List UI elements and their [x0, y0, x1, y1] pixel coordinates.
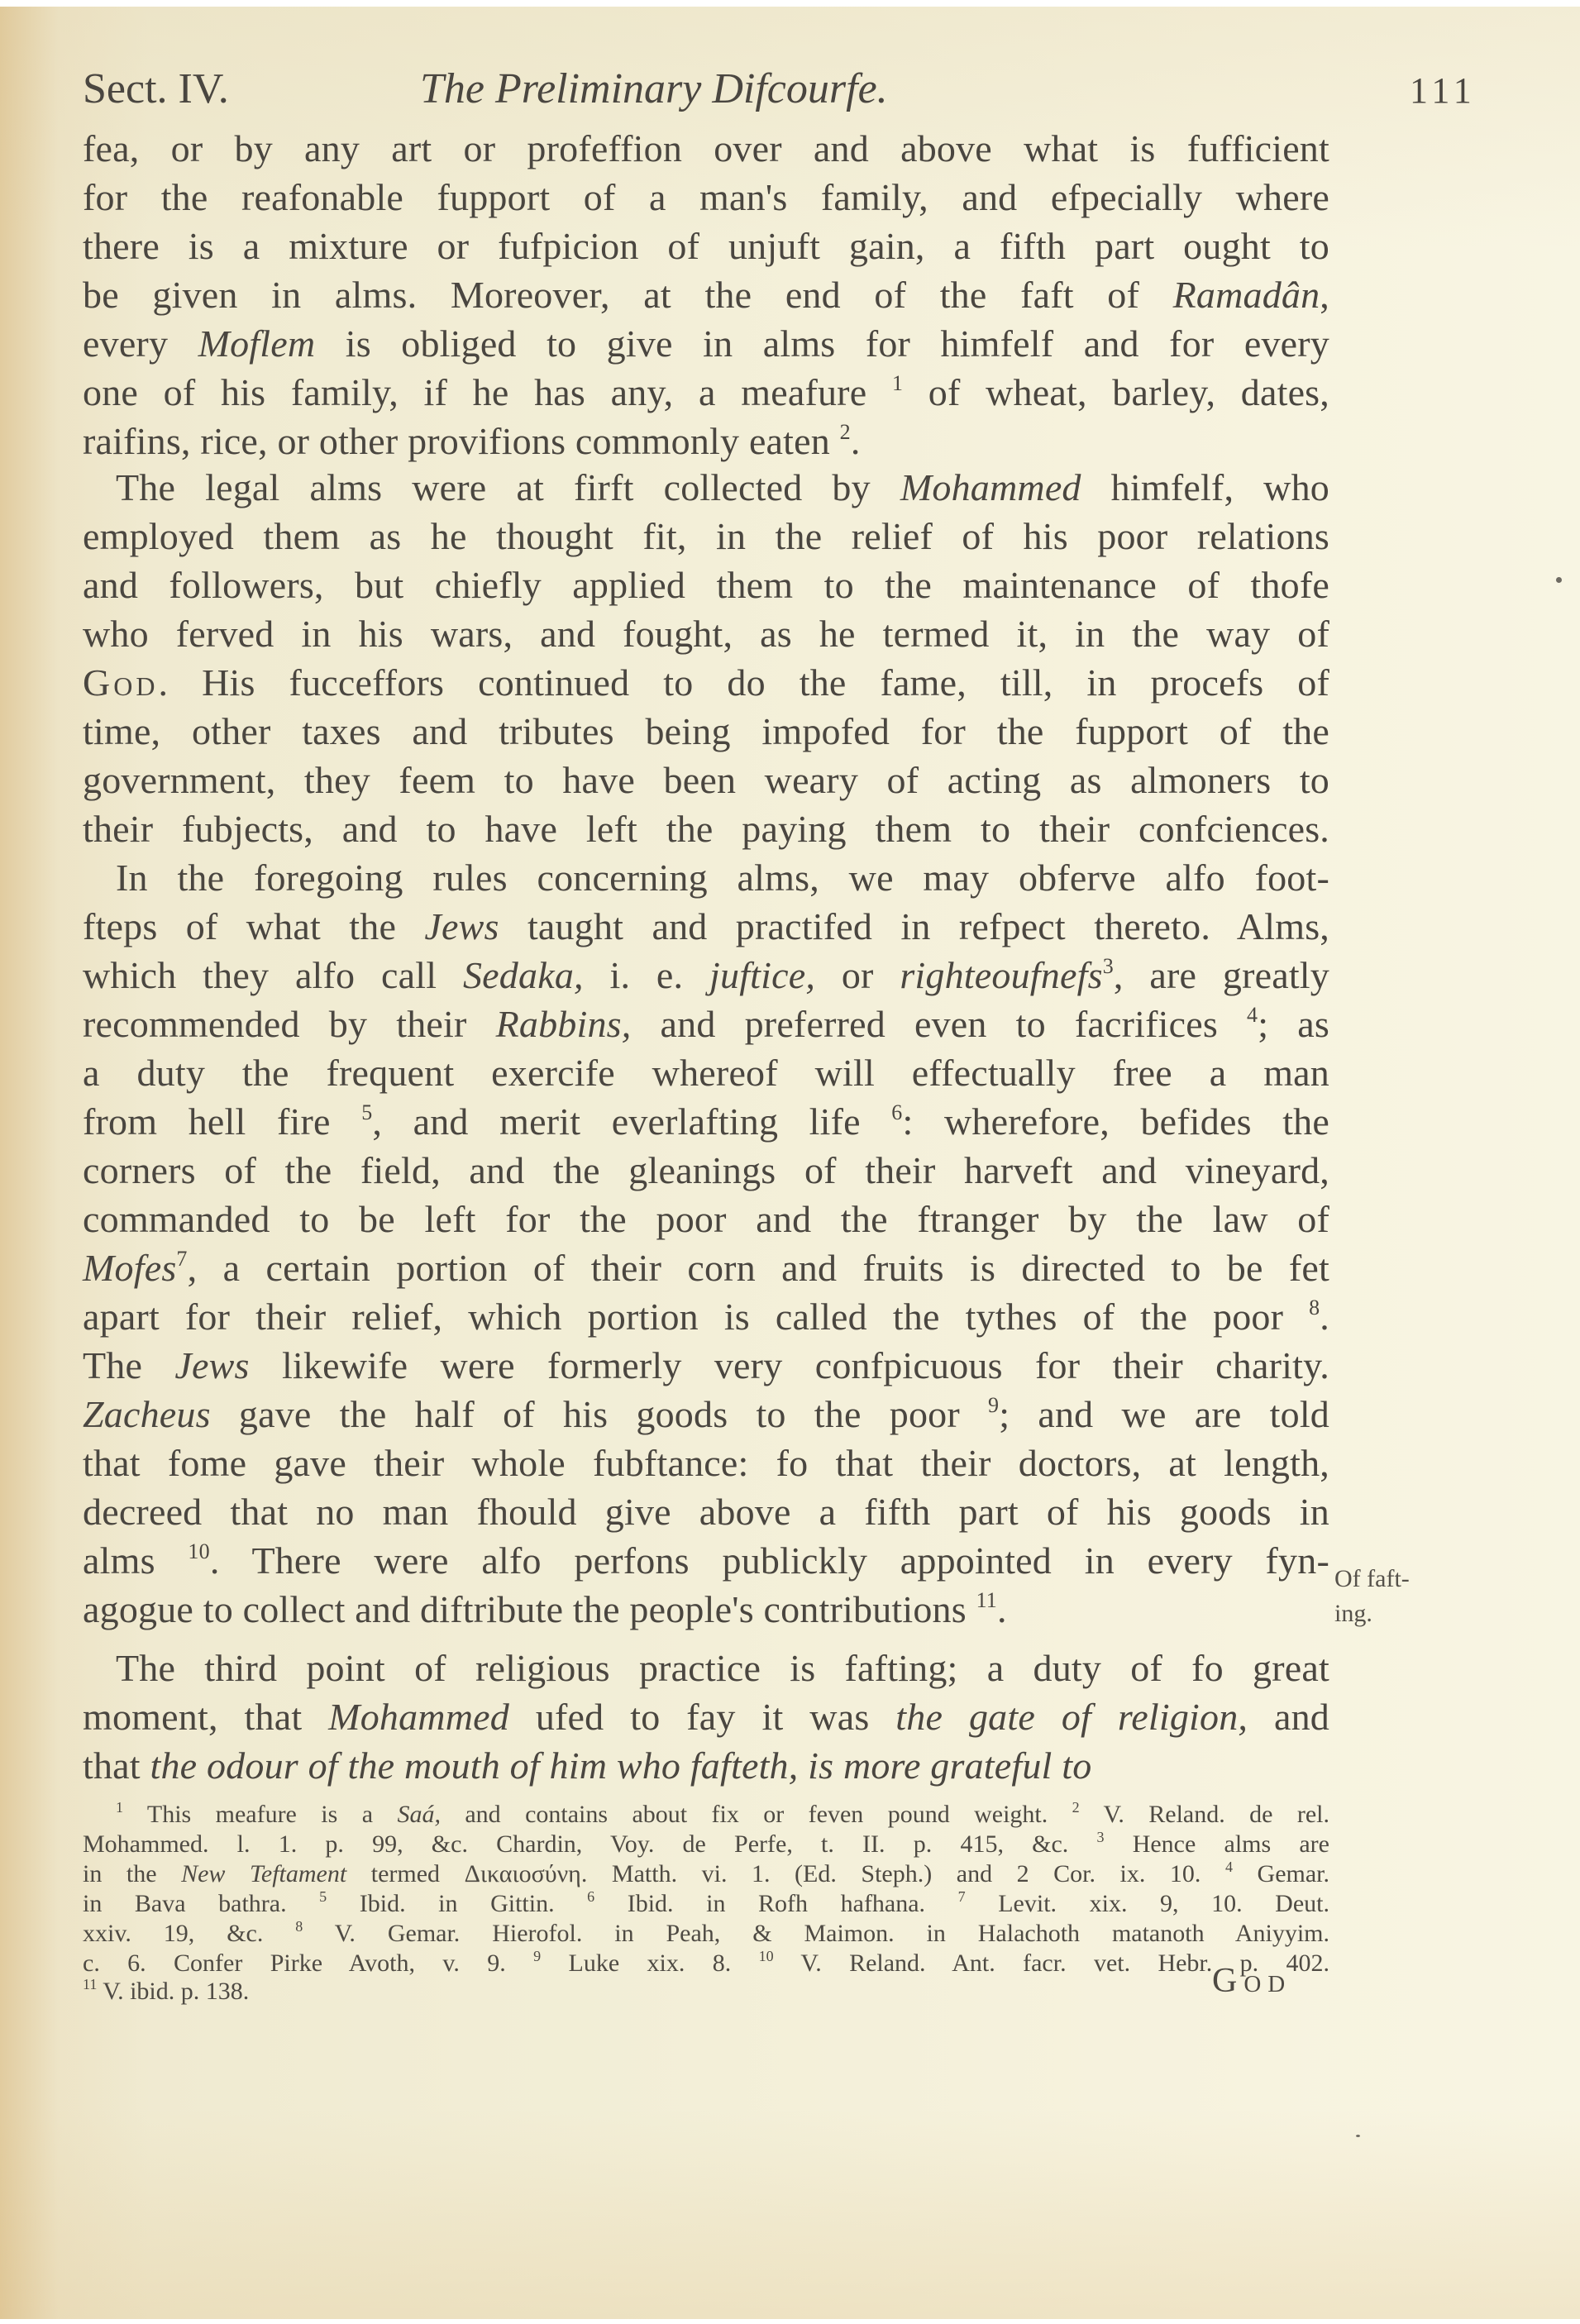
- catchword: God: [1212, 1961, 1291, 2001]
- body-line: corners of the field, and the gleanings …: [83, 1148, 1329, 1194]
- footnote-ref: 10: [188, 1539, 209, 1563]
- text-run: gave the half of his goods to the poor: [211, 1393, 988, 1435]
- scan-bottom-edge: [0, 2319, 1580, 2324]
- footnote-line: 11 V. ibid. p. 138.: [83, 1978, 1329, 2006]
- body-line: agogue to collect and diftribute the peo…: [83, 1587, 1329, 1633]
- body-line: raifins, rice, or other provifions commo…: [83, 418, 1329, 465]
- footnote-line: in Bava bathra. 5 Ibid. in Gittin. 6 Ibi…: [83, 1890, 1329, 1918]
- italic-text: Jews: [424, 905, 499, 947]
- text-run: ; as: [1258, 1003, 1329, 1045]
- text-run: Luke xix. 8.: [541, 1949, 758, 1977]
- text-run: government, they feem to have been weary…: [83, 759, 1329, 801]
- text-run: Ibid. in Rofh hafhana.: [594, 1890, 957, 1917]
- body-line: The legal alms were at firft collected b…: [116, 465, 1329, 511]
- body-line: government, they feem to have been weary…: [83, 757, 1329, 804]
- text-run: fteps of what the: [83, 905, 424, 947]
- text-run: i. e.: [584, 954, 709, 996]
- footnote-ref: 5: [361, 1100, 372, 1124]
- text-run: . His fucceffors continued to do the fam…: [158, 661, 1329, 704]
- footnote-number: 3: [1097, 1829, 1105, 1845]
- scan-speck: [1556, 577, 1562, 583]
- scan-speck: [1356, 2135, 1360, 2137]
- text-run: ufed to fay it was: [509, 1696, 895, 1738]
- text-run: The legal alms were at firft collected b…: [116, 466, 900, 508]
- footnote-number: 6: [587, 1888, 594, 1905]
- text-run: commanded to be left for the poor and th…: [83, 1198, 1329, 1240]
- body-line: Mofes7, a certain portion of their corn …: [83, 1245, 1329, 1291]
- footnote-line: c. 6. Confer Pirke Avoth, v. 9. 9 Luke x…: [83, 1949, 1329, 1978]
- text-run: be given in alms. Moreover, at the end o…: [83, 274, 1173, 316]
- italic-text: Mofes: [83, 1247, 176, 1289]
- footnote-ref: 9: [988, 1393, 999, 1417]
- text-run: .: [1320, 1296, 1329, 1338]
- body-line: be given in alms. Moreover, at the end o…: [83, 272, 1329, 318]
- text-run: fea, or by any art or profeffion over an…: [83, 127, 1329, 169]
- text-run: ; and we are told: [999, 1393, 1329, 1435]
- body-line: which they alfo call Sedaka, i. e. jufti…: [83, 952, 1329, 999]
- text-run: one of his family, if he has any, a meaf…: [83, 371, 892, 413]
- body-line: time, other taxes and tributes being imp…: [83, 709, 1329, 755]
- footnote-number: 7: [958, 1888, 966, 1905]
- text-run: which they alfo call: [83, 954, 463, 996]
- text-run: is obliged to give in alms for himfelf a…: [315, 322, 1329, 365]
- italic-text: Ramadân: [1173, 274, 1320, 316]
- footnote-ref: 7: [176, 1247, 187, 1271]
- text-run: their fubjects, and to have left the pay…: [83, 808, 1329, 850]
- body-line: there is a mixture or fufpicion of unjuf…: [83, 223, 1329, 270]
- text-run: V. ibid. p. 138.: [97, 1978, 249, 2005]
- scan-top-edge: [0, 0, 1580, 7]
- text-run: of wheat, barley, dates,: [903, 371, 1329, 413]
- body-line: alms 10. There were alfo perfons publick…: [83, 1538, 1329, 1584]
- text-run: or: [815, 954, 900, 996]
- text-run: himfelf, who: [1081, 466, 1329, 508]
- text-run: V. Gemar. Hierofol. in Peah, & Maimon. i…: [303, 1920, 1329, 1947]
- footnote-line: Mohammed. l. 1. p. 99, &c. Chardin, Voy.…: [83, 1830, 1329, 1859]
- footnote-ref: 4: [1247, 1003, 1258, 1027]
- body-line: decreed that no man fhould give above a …: [83, 1489, 1329, 1535]
- italic-text: juftice,: [709, 954, 815, 996]
- italic-text: Moflem: [198, 322, 316, 365]
- italic-text: righteoufnefs: [900, 954, 1102, 996]
- text-run: from hell fire: [83, 1100, 361, 1143]
- footnote-ref: 11: [976, 1588, 997, 1612]
- italic-text: Jews: [174, 1344, 249, 1386]
- text-run: Mohammed. l. 1. p. 99, &c. Chardin, Voy.…: [83, 1830, 1097, 1858]
- text-run: in Bava bathra.: [83, 1890, 319, 1917]
- italic-text: Rabbins,: [496, 1003, 632, 1045]
- text-run: taught and practifed in refpect thereto.…: [499, 905, 1329, 947]
- text-run: , a certain portion of their corn and fr…: [188, 1247, 1329, 1289]
- body-line: moment, that Mohammed ufed to fay it was…: [83, 1694, 1329, 1740]
- text-run: Ibid. in Gittin.: [327, 1890, 587, 1917]
- text-run: employed them as he thought fit, in the …: [83, 515, 1329, 557]
- footnote-number: 5: [319, 1888, 327, 1905]
- text-run: recommended by their: [83, 1003, 496, 1045]
- text-run: for the reafonable fupport of a man's fa…: [83, 176, 1329, 218]
- text-run: c. 6. Confer Pirke Avoth, v. 9.: [83, 1949, 533, 1977]
- footnote-line: 1 This meafure is a Saá, and contains ab…: [116, 1801, 1329, 1829]
- text-run: a duty the frequent exercife whereof wil…: [83, 1052, 1329, 1094]
- text-run: likewife were formerly very confpicuous …: [250, 1344, 1329, 1386]
- footnote-ref: 8: [1309, 1296, 1320, 1319]
- text-run: decreed that no man fhould give above a …: [83, 1491, 1329, 1533]
- body-line: who ferved in his wars, and fought, as h…: [83, 611, 1329, 657]
- italic-text: New Teftament: [181, 1860, 346, 1887]
- italic-text: the gate of religion,: [895, 1696, 1248, 1738]
- italic-text: Saá,: [397, 1801, 441, 1828]
- footnote-number: 2: [1072, 1799, 1080, 1816]
- footnote-number: 10: [759, 1948, 774, 1964]
- footnote-number: 9: [533, 1948, 541, 1964]
- body-line: for the reafonable fupport of a man's fa…: [83, 174, 1329, 221]
- book-title: The Preliminary Difcourfe.: [420, 64, 888, 113]
- text-run: that fome gave their whole fubftance: fo…: [83, 1442, 1329, 1484]
- text-run: alms: [83, 1539, 188, 1582]
- small-caps-text: God: [83, 661, 158, 704]
- body-line: commanded to be left for the poor and th…: [83, 1196, 1329, 1243]
- body-line: that fome gave their whole fubftance: fo…: [83, 1440, 1329, 1487]
- text-run: : wherefore, befides the: [903, 1100, 1330, 1143]
- italic-text: Mohammed: [900, 466, 1081, 508]
- text-run: that: [83, 1744, 150, 1787]
- text-run: moment, that: [83, 1696, 328, 1738]
- text-run: every: [83, 322, 198, 365]
- footnote-line: xxiv. 19, &c. 8 V. Gemar. Hierofol. in P…: [83, 1920, 1329, 1948]
- running-head: Sect. IV. The Preliminary Difcourfe. 111: [83, 64, 1480, 122]
- body-line: that the odour of the mouth of him who f…: [83, 1743, 1329, 1789]
- body-line: In the foregoing rules concerning alms, …: [116, 855, 1329, 901]
- body-line: from hell fire 5, and merit everlafting …: [83, 1099, 1329, 1145]
- margin-note-line-2: ing.: [1334, 1597, 1372, 1630]
- text-run: agogue to collect and diftribute the peo…: [83, 1588, 976, 1630]
- body-line: The third point of religious practice is…: [116, 1645, 1329, 1692]
- text-run: and followers, but chiefly applied them …: [83, 564, 1329, 606]
- text-run: .: [851, 420, 861, 462]
- text-run: xxiv. 19, &c.: [83, 1920, 295, 1947]
- text-run: This meafure is a: [123, 1801, 397, 1828]
- text-run: , and merit everlafting life: [372, 1100, 891, 1143]
- footnote-line: in the New Teftament termed Δικαιοσύνη. …: [83, 1860, 1329, 1888]
- body-line: employed them as he thought fit, in the …: [83, 513, 1329, 560]
- footnote-number: 8: [295, 1918, 303, 1935]
- text-run: . There were alfo perfons publickly appo…: [210, 1539, 1329, 1582]
- text-run: corners of the field, and the gleanings …: [83, 1149, 1329, 1191]
- text-run: there is a mixture or fufpicion of unjuf…: [83, 225, 1329, 267]
- text-run: time, other taxes and tributes being imp…: [83, 710, 1329, 752]
- text-run: The third point of religious practice is…: [116, 1647, 1329, 1689]
- italic-text: Zacheus: [83, 1393, 211, 1435]
- body-line: God. His fucceffors continued to do the …: [83, 660, 1329, 706]
- text-run: in the: [83, 1860, 181, 1887]
- text-run: V. Reland. de rel.: [1080, 1801, 1329, 1828]
- body-line: The Jews likewife were formerly very con…: [83, 1343, 1329, 1389]
- body-line: and followers, but chiefly applied them …: [83, 562, 1329, 608]
- text-run: Hence alms are: [1105, 1830, 1330, 1858]
- body-line: recommended by their Rabbins, and prefer…: [83, 1001, 1329, 1047]
- text-run: termed Δικαιοσύνη. Matth. vi. 1. (Ed. St…: [346, 1860, 1225, 1887]
- body-line: every Moflem is obliged to give in alms …: [83, 321, 1329, 367]
- footnote-number: 11: [83, 1976, 97, 1992]
- footnote-number: 4: [1225, 1859, 1233, 1875]
- footnote-ref: 1: [892, 371, 903, 395]
- margin-note-line-1: Of faft-: [1334, 1563, 1410, 1596]
- section-label: Sect. IV.: [83, 64, 229, 113]
- text-run: and contains about fix or feven pound we…: [441, 1801, 1072, 1828]
- body-line: a duty the frequent exercife whereof wil…: [83, 1050, 1329, 1096]
- text-run: Levit. xix. 9, 10. Deut.: [966, 1890, 1329, 1917]
- italic-text: Mohammed: [328, 1696, 509, 1738]
- body-line: apart for their relief, which portion is…: [83, 1294, 1329, 1340]
- text-run: Gemar.: [1233, 1860, 1329, 1887]
- text-run: , are greatly: [1114, 954, 1329, 996]
- scanned-book-page: Sect. IV. The Preliminary Difcourfe. 111…: [0, 0, 1580, 2324]
- text-run: apart for their relief, which portion is…: [83, 1296, 1309, 1338]
- body-line: fteps of what the Jews taught and practi…: [83, 904, 1329, 950]
- body-line: fea, or by any art or profeffion over an…: [83, 126, 1329, 172]
- page-number: 111: [1410, 69, 1477, 112]
- italic-text: Sedaka,: [463, 954, 584, 996]
- footnote-number: 1: [116, 1799, 123, 1816]
- text-run: .: [997, 1588, 1007, 1630]
- italic-text: the odour of the mouth of him who faftet…: [150, 1744, 1091, 1787]
- body-line: their fubjects, and to have left the pay…: [83, 806, 1329, 852]
- text-run: who ferved in his wars, and fought, as h…: [83, 613, 1329, 655]
- footnote-ref: 2: [840, 420, 851, 444]
- text-run: In the foregoing rules concerning alms, …: [116, 857, 1329, 899]
- text-run: The: [83, 1344, 174, 1386]
- footnote-ref: 6: [891, 1100, 902, 1124]
- text-run: raifins, rice, or other provifions commo…: [83, 420, 840, 462]
- body-line: one of his family, if he has any, a meaf…: [83, 370, 1329, 416]
- body-line: Zacheus gave the half of his goods to th…: [83, 1391, 1329, 1438]
- text-run: and: [1248, 1696, 1329, 1738]
- footnote-ref: 3: [1103, 954, 1114, 978]
- text-run: ,: [1320, 274, 1329, 316]
- text-run: and preferred even to facrifices: [631, 1003, 1247, 1045]
